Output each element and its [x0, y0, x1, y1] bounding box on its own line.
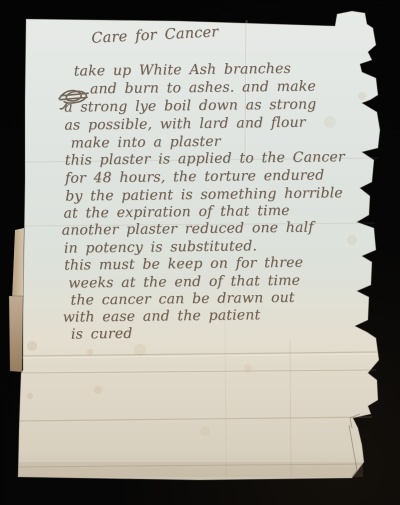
paper-shape	[18, 11, 380, 480]
manuscript-paper	[0, 0, 400, 505]
left-fold-flap	[9, 296, 23, 372]
photo-stage: Care for Cancer take up White Ash branch…	[0, 0, 400, 505]
left-fold-sliver	[12, 228, 24, 300]
